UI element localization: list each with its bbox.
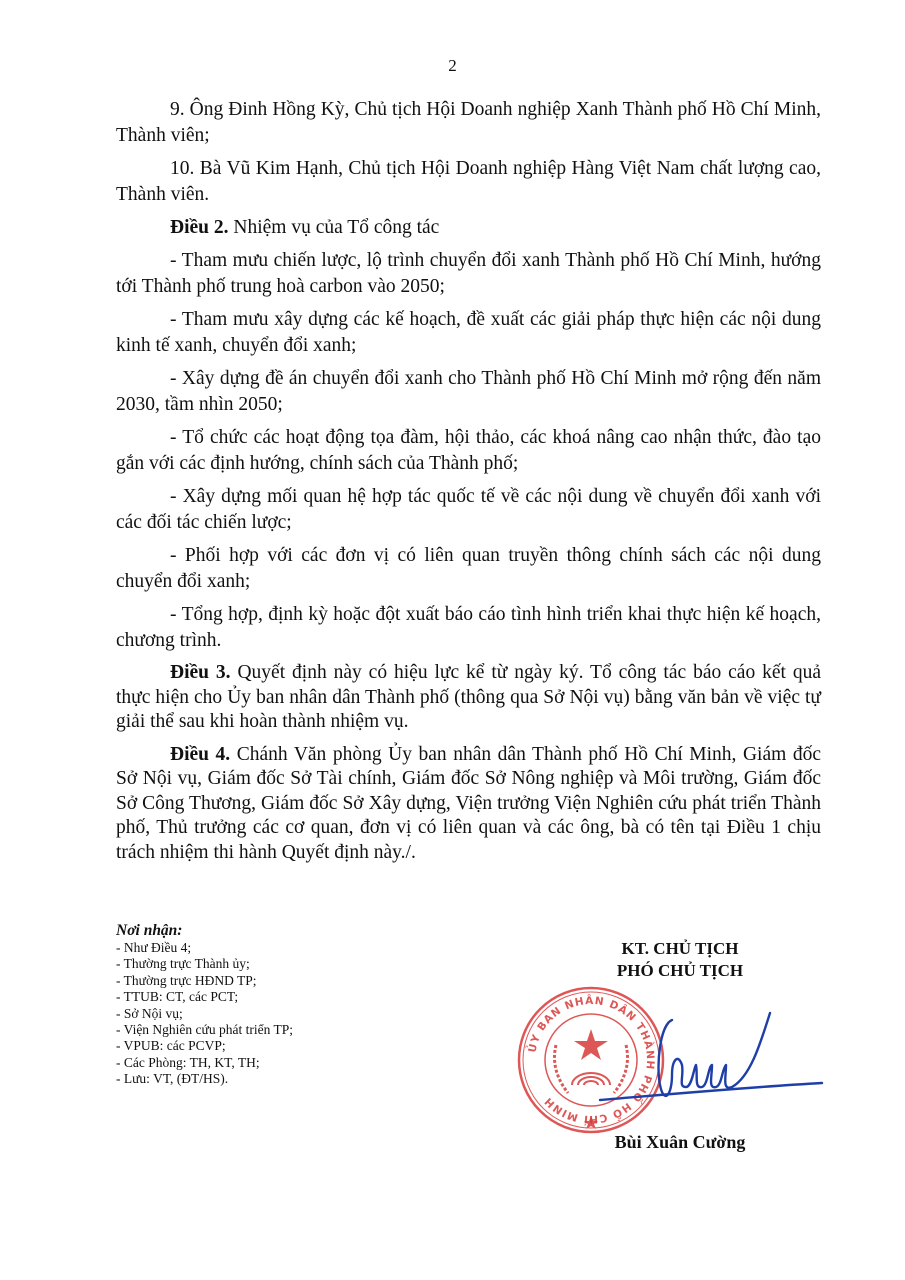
- recipient-item: - Thường trực Thành ủy;: [116, 956, 293, 972]
- task-item: - Tổ chức các hoạt động tọa đàm, hội thả…: [116, 425, 821, 477]
- article-2-heading: Điều 2. Nhiệm vụ của Tổ công tác: [116, 215, 821, 241]
- task-item: - Xây dựng mối quan hệ hợp tác quốc tế v…: [116, 484, 821, 536]
- recipient-item: - Các Phòng: TH, KT, TH;: [116, 1055, 293, 1071]
- recipient-item: - Sở Nội vụ;: [116, 1006, 293, 1022]
- signatory-title: KT. CHỦ TỊCH PHÓ CHỦ TỊCH: [560, 938, 800, 982]
- recipient-item: - TTUB: CT, các PCT;: [116, 989, 293, 1005]
- task-item: - Xây dựng đề án chuyển đổi xanh cho Thà…: [116, 366, 821, 418]
- signatory-role-1: KT. CHỦ TỊCH: [560, 938, 800, 960]
- article-label: Điều 2.: [170, 217, 229, 238]
- signatory-role-2: PHÓ CHỦ TỊCH: [560, 960, 800, 982]
- recipient-item: - Như Điều 4;: [116, 940, 293, 956]
- signatory-name: Bùi Xuân Cường: [560, 1132, 800, 1153]
- recipient-item: - Viện Nghiên cứu phát triển TP;: [116, 1022, 293, 1038]
- recipients-block: Nơi nhận: - Như Điều 4; - Thường trực Th…: [116, 922, 293, 1088]
- task-item: - Tham mưu xây dựng các kế hoạch, đề xuấ…: [116, 307, 821, 359]
- recipients-title: Nơi nhận:: [116, 922, 293, 940]
- document-body: 9. Ông Đinh Hồng Kỳ, Chủ tịch Hội Doanh …: [116, 97, 821, 873]
- recipient-item: - VPUB: các PCVP;: [116, 1038, 293, 1054]
- article-label: Điều 4.: [170, 744, 230, 765]
- handwritten-signature-icon: [560, 1005, 830, 1115]
- paragraph-member-9: 9. Ông Đinh Hồng Kỳ, Chủ tịch Hội Doanh …: [116, 97, 821, 149]
- article-label: Điều 3.: [170, 662, 231, 683]
- article-4: Điều 4. Chánh Văn phòng Ủy ban nhân dân …: [116, 743, 821, 866]
- article-3: Điều 3. Quyết định này có hiệu lực kể từ…: [116, 661, 821, 735]
- task-item: - Tổng hợp, định kỳ hoặc đột xuất báo cá…: [116, 602, 821, 654]
- page-number: 2: [0, 56, 905, 76]
- paragraph-member-10: 10. Bà Vũ Kim Hạnh, Chủ tịch Hội Doanh n…: [116, 156, 821, 208]
- recipient-item: - Lưu: VT, (ĐT/HS).: [116, 1071, 293, 1087]
- task-item: - Phối hợp với các đơn vị có liên quan t…: [116, 543, 821, 595]
- recipient-item: - Thường trực HĐND TP;: [116, 973, 293, 989]
- task-item: - Tham mưu chiến lược, lộ trình chuyển đ…: [116, 248, 821, 300]
